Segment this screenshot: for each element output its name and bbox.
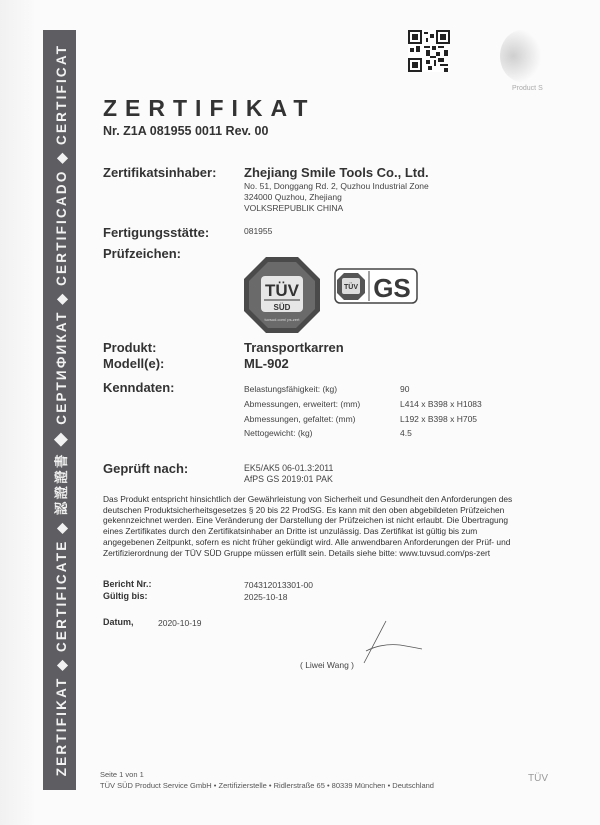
spec-value: L414 x B398 x H1083 — [400, 399, 482, 409]
production-site-value: 081955 — [244, 226, 272, 237]
production-site-label: Fertigungsstätte: — [103, 225, 209, 240]
tuv-logo-text: TÜV — [528, 773, 548, 784]
standard: EK5/AK5 06-01.3:2011 — [244, 463, 333, 473]
qr-code-icon — [408, 30, 450, 72]
sud-text: SÜD — [274, 303, 291, 312]
seal-icon — [500, 30, 544, 82]
spec-name: Abmessungen, gefaltet: (mm) — [244, 414, 356, 424]
spec-name: Belastungsfähigkeit: (kg) — [244, 384, 337, 394]
product-value: Transportkarren — [244, 340, 344, 355]
model-value: ML-902 — [244, 356, 289, 371]
document-title: ZERTIFIKAT — [103, 95, 315, 122]
holder-address: No. 51, Donggang Rd. 2, Quzhou Industria… — [244, 181, 429, 214]
standard: AfPS GS 2019:01 PAK — [244, 474, 333, 484]
gs-mark-icon: TÜV GS — [334, 268, 418, 304]
report-label: Bericht Nr.: — [103, 579, 152, 589]
issuer-address: TÜV SÜD Product Service GmbH • Zertifizi… — [100, 781, 434, 790]
date-label: Datum, — [103, 617, 134, 627]
holder-name: Zhejiang Smile Tools Co., Ltd. — [244, 165, 429, 180]
conformity-statement: Das Produkt entspricht hinsichtlich der … — [103, 494, 523, 558]
tuv-sud-mark-icon: TÜV SÜD tuvsud.com/ ps-zert — [243, 256, 321, 334]
tuv-text: TÜV — [265, 281, 300, 300]
holder-label: Zertifikatsinhaber: — [103, 165, 216, 180]
valid-until-value: 2025-10-18 — [244, 592, 287, 602]
model-label: Modell(e): — [103, 356, 164, 371]
address-line: 324000 Quzhou, Zhejiang — [244, 192, 429, 203]
scan-shadow — [0, 0, 34, 825]
test-mark-label: Prüfzeichen: — [103, 246, 181, 261]
address-line: VOLKSREPUBLIK CHINA — [244, 203, 429, 214]
signatory-name: ( Liwei Wang ) — [300, 660, 354, 670]
spec-value: 4.5 — [400, 428, 412, 438]
tested-to-label: Geprüft nach: — [103, 461, 188, 476]
tuv-url-text: tuvsud.com/ ps-zert — [265, 317, 301, 322]
spec-value: 90 — [400, 384, 409, 394]
spec-value: L192 x B398 x H705 — [400, 414, 477, 424]
seal-caption: Product S — [512, 85, 543, 92]
side-banner: ZERTIFIKAT ◆ CERTIFICATE ◆ 認證證書 ◆ СЕРТИФ… — [43, 30, 76, 790]
report-value: 704312013301-00 — [244, 580, 313, 590]
certificate-number: Nr. Z1A 081955 0011 Rev. 00 — [103, 124, 268, 138]
svg-text:TÜV: TÜV — [344, 282, 358, 291]
spec-name: Nettogewicht: (kg) — [244, 428, 313, 438]
date-value: 2020-10-19 — [158, 618, 201, 628]
signature — [360, 615, 440, 665]
valid-until-label: Gültig bis: — [103, 591, 148, 601]
side-banner-text: ZERTIFIKAT ◆ CERTIFICATE ◆ 認證證書 ◆ СЕРТИФ… — [50, 44, 70, 777]
page-number: Seite 1 von 1 — [100, 770, 144, 779]
product-label: Produkt: — [103, 340, 156, 355]
spec-name: Abmessungen, erweitert: (mm) — [244, 399, 360, 409]
specs-label: Kenndaten: — [103, 380, 175, 395]
certificate-page: ZERTIFIKAT ◆ CERTIFICATE ◆ 認證證書 ◆ СЕРТИФ… — [0, 0, 600, 825]
address-line: No. 51, Donggang Rd. 2, Quzhou Industria… — [244, 181, 429, 192]
gs-text: GS — [373, 273, 411, 303]
